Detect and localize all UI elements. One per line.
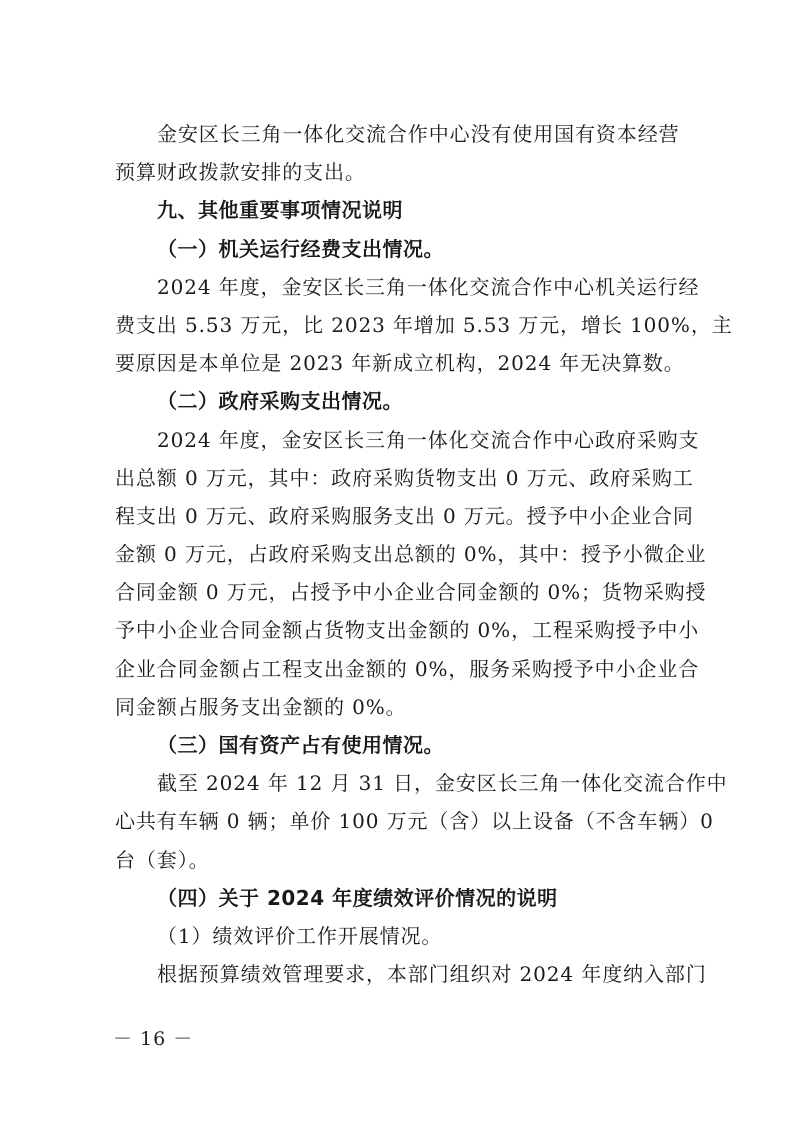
paragraph-line: 台（套）。: [115, 841, 679, 879]
paragraph-line: 心共有车辆 0 辆；单价 100 万元（含）以上设备（不含车辆）0: [115, 802, 679, 840]
paragraph-line: 2024 年度，金安区长三角一体化交流合作中心政府采购支: [115, 421, 679, 459]
paragraph-line: 合同金额 0 万元，占授予中小企业合同金额的 0%；货物采购授: [115, 573, 679, 611]
paragraph-line: 出总额 0 万元，其中：政府采购货物支出 0 万元、政府采购工: [115, 459, 679, 497]
paragraph-line: 预算财政拨款安排的支出。: [115, 153, 679, 191]
paragraph-line: 企业合同金额占工程支出金额的 0%，服务采购授予中小企业合: [115, 650, 679, 688]
paragraph-line: 根据预算绩效管理要求，本部门组织对 2024 年度纳入部门: [115, 955, 679, 993]
subsection-heading: （四）关于 2024 年度绩效评价情况的说明: [115, 879, 679, 917]
paragraph-line: 程支出 0 万元、政府采购服务支出 0 万元。授予中小企业合同: [115, 497, 679, 535]
subsection-heading: （三）国有资产占有使用情况。: [115, 726, 679, 764]
subsection-heading: （二）政府采购支出情况。: [115, 382, 679, 420]
subsection-heading: （一）机关运行经费支出情况。: [115, 230, 679, 268]
paragraph-line: 同金额占服务支出金额的 0%。: [115, 688, 679, 726]
paragraph-line: 截至 2024 年 12 月 31 日，金安区长三角一体化交流合作中: [115, 764, 679, 802]
paragraph-line: 予中小企业合同金额占货物支出金额的 0%，工程采购授予中小: [115, 611, 679, 649]
paragraph-line: 金额 0 万元，占政府采购支出总额的 0%，其中：授予小微企业: [115, 535, 679, 573]
section-heading: 九、其他重要事项情况说明: [115, 191, 679, 229]
paragraph-line: 2024 年度，金安区长三角一体化交流合作中心机关运行经: [115, 268, 679, 306]
page-number: － 16 －: [113, 1024, 193, 1051]
numbered-item-heading: （1）绩效评价工作开展情况。: [115, 917, 679, 955]
paragraph-line: 金安区长三角一体化交流合作中心没有使用国有资本经营: [115, 115, 679, 153]
paragraph-line: 要原因是本单位是 2023 年新成立机构，2024 年无决算数。: [115, 344, 679, 382]
document-page: 金安区长三角一体化交流合作中心没有使用国有资本经营 预算财政拨款安排的支出。 九…: [115, 115, 679, 993]
paragraph-line: 费支出 5.53 万元，比 2023 年增加 5.53 万元，增长 100%，主: [115, 306, 679, 344]
